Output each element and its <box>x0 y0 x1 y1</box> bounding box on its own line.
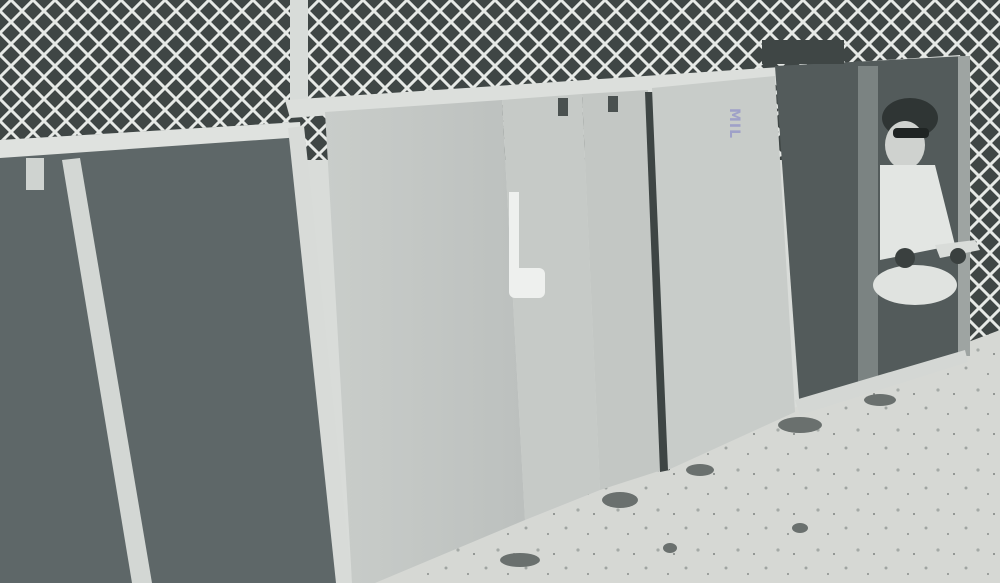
left-open-box <box>0 122 352 583</box>
hinged-panel-large <box>325 100 525 583</box>
sunglasses-icon <box>893 128 929 138</box>
fence-post <box>290 0 308 105</box>
photograph: MIL <box>0 0 1000 583</box>
hinged-panel-right <box>652 76 795 470</box>
ink-stamp-text: MIL <box>726 108 742 139</box>
paint-mark <box>509 268 545 298</box>
photo-scene <box>0 0 1000 583</box>
hinge-icon <box>608 96 618 112</box>
hinge-icon <box>558 98 568 116</box>
paint-mark <box>509 192 519 277</box>
